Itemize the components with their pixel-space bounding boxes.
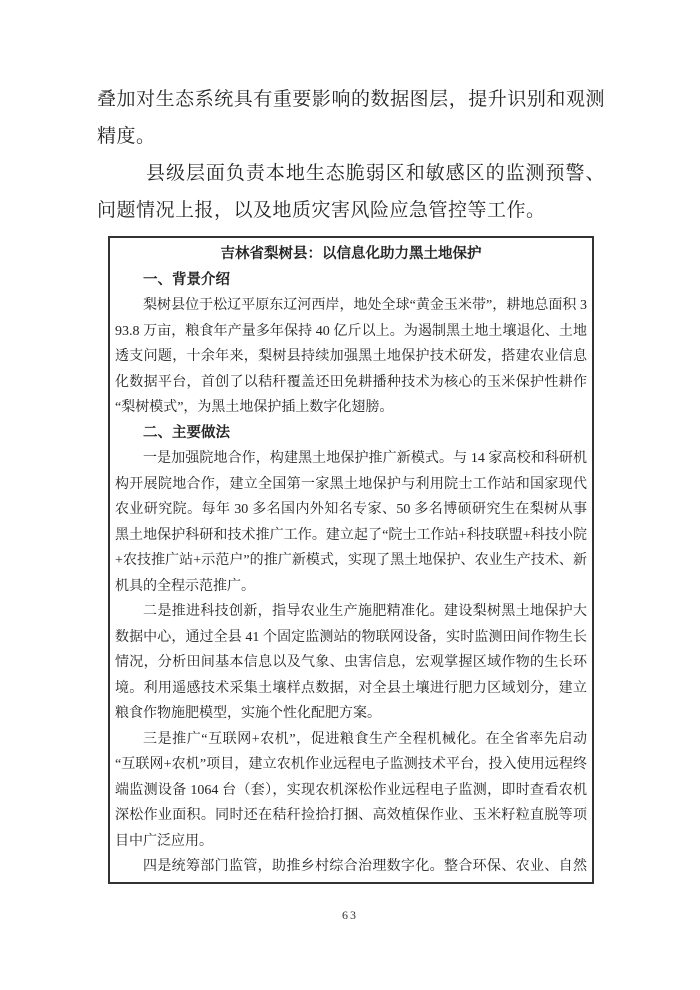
- practice-paragraph-3: 三是推广“互联网+农机”，促进粮食生产全程机械化。在全省率先启动“互联网+农机”…: [115, 727, 587, 855]
- intro-paragraph-2: 县级层面负责本地生态脆弱区和敏感区的监测预警、问题情况上报，以及地质灾害风险应急…: [97, 155, 605, 229]
- practice-paragraph-4: 四是统筹部门监管，助推乡村综合治理数字化。整合环保、农业、自然资: [115, 854, 587, 884]
- section-heading-background: 一、背景介绍: [115, 268, 587, 294]
- page-number: 63: [0, 908, 700, 923]
- intro-text-block: 叠加对生态系统具有重要影响的数据图层，提升识别和观测精度。 县级层面负责本地生态…: [97, 81, 605, 229]
- practice-paragraph-2: 二是推进科技创新，指导农业生产施肥精准化。建设梨树黑土地保护大数据中心，通过全县…: [115, 599, 587, 727]
- document-page: 叠加对生态系统具有重要影响的数据图层，提升识别和观测精度。 县级层面负责本地生态…: [0, 0, 700, 990]
- case-box-title: 吉林省梨树县：以信息化助力黑土地保护: [115, 242, 587, 268]
- background-paragraph: 梨树县位于松辽平原东辽河西岸，地处全球“黄金玉米带”，耕地总面积 393.8 万…: [115, 293, 587, 421]
- intro-paragraph-1: 叠加对生态系统具有重要影响的数据图层，提升识别和观测精度。: [97, 81, 605, 155]
- case-study-box: 吉林省梨树县：以信息化助力黑土地保护 一、背景介绍 梨树县位于松辽平原东辽河西岸…: [108, 236, 594, 884]
- practice-paragraph-1: 一是加强院地合作，构建黑土地保护推广新模式。与 14 家高校和科研机构开展院地合…: [115, 446, 587, 599]
- section-heading-main-practices: 二、主要做法: [115, 421, 587, 447]
